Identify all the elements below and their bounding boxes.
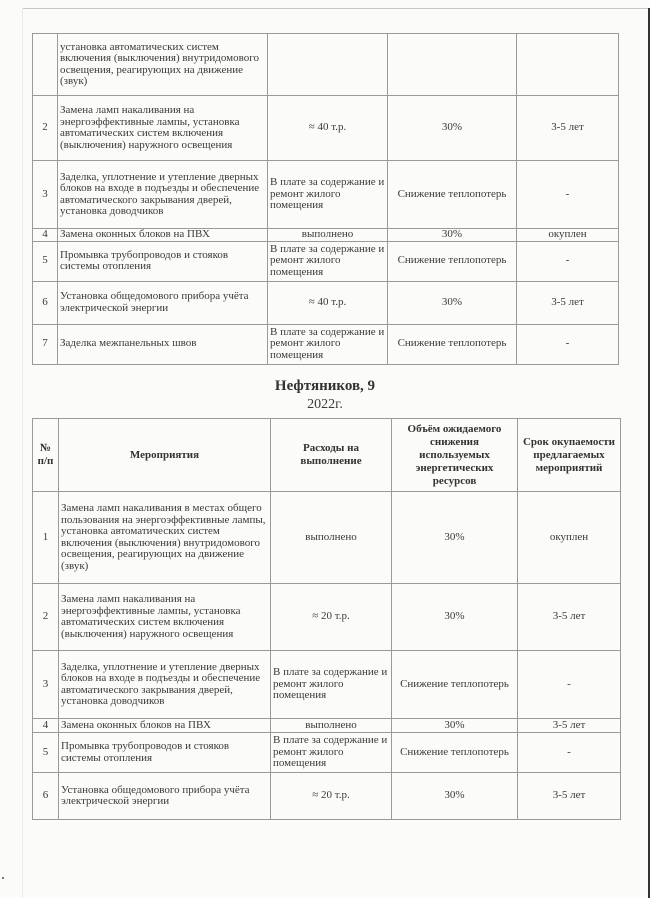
measure-cell: Промывка трубопроводов и стояков системы… bbox=[59, 733, 271, 773]
payback-cell: - bbox=[517, 324, 619, 364]
measure-cell: Замена оконных блоков на ПВХ bbox=[59, 719, 271, 733]
reduction-cell: 30% bbox=[392, 773, 518, 820]
measures-table-neftyanikov-9: № п/п Мероприятия Расходы на выполнение … bbox=[32, 418, 621, 820]
reduction-cell: Снижение теплопотерь bbox=[388, 324, 517, 364]
payback-cell: - bbox=[518, 651, 621, 719]
reduction-cell: 30% bbox=[392, 584, 518, 651]
measure-cell: Замена ламп накаливания в местах общего … bbox=[59, 492, 271, 584]
reduction-cell: Снижение теплопотерь bbox=[388, 241, 517, 281]
year-heading: 2022г. bbox=[0, 397, 650, 413]
measure-cell: Замена ламп накаливания на энергоэффекти… bbox=[59, 584, 271, 651]
measure-cell: Заделка, уплотнение и утепление дверных … bbox=[59, 651, 271, 719]
reduction-cell: Снижение теплопотерь bbox=[388, 161, 517, 229]
table-row: 5Промывка трубопроводов и стояков систем… bbox=[33, 241, 619, 281]
payback-cell: окуплен bbox=[518, 492, 621, 584]
measure-cell: Заделка межпанельных швов bbox=[58, 324, 268, 364]
cost-cell: ≈ 40 т.р. bbox=[268, 281, 388, 324]
table-row: 5Промывка трубопроводов и стояков систем… bbox=[33, 733, 621, 773]
cost-cell: В плате за содержание и ремонт жилого по… bbox=[268, 161, 388, 229]
payback-cell: - bbox=[517, 161, 619, 229]
measure-cell: Заделка, уплотнение и утепление дверных … bbox=[58, 161, 268, 229]
row-number: 7 bbox=[33, 324, 58, 364]
row-number: 5 bbox=[33, 733, 59, 773]
table-row: 6Установка общедомового прибора учёта эл… bbox=[33, 773, 621, 820]
scan-edge bbox=[22, 8, 650, 9]
measure-cell: Замена ламп накаливания на энергоэффекти… bbox=[58, 96, 268, 161]
header-cost: Расходы на выполнение bbox=[271, 419, 392, 492]
cost-cell: В плате за содержание и ремонт жилого по… bbox=[271, 651, 392, 719]
table-header-row: № п/п Мероприятия Расходы на выполнение … bbox=[33, 419, 621, 492]
table-row: 3Заделка, уплотнение и утепление дверных… bbox=[33, 161, 619, 229]
table-row: установка автоматических систем включени… bbox=[33, 34, 619, 96]
measures-table-previous: установка автоматических систем включени… bbox=[32, 33, 619, 365]
row-number: 4 bbox=[33, 229, 58, 242]
address-heading: Нефтяников, 9 bbox=[0, 378, 650, 395]
measure-cell: установка автоматических систем включени… bbox=[58, 34, 268, 96]
table-row: 4Замена оконных блоков на ПВХвыполнено30… bbox=[33, 229, 619, 242]
cost-cell: выполнено bbox=[271, 492, 392, 584]
payback-cell: 3-5 лет bbox=[517, 96, 619, 161]
payback-cell: - bbox=[517, 241, 619, 281]
reduction-cell: Снижение теплопотерь bbox=[392, 733, 518, 773]
reduction-cell bbox=[388, 34, 517, 96]
cost-cell: В плате за содержание и ремонт жилого по… bbox=[268, 241, 388, 281]
reduction-cell: 30% bbox=[388, 229, 517, 242]
cost-cell bbox=[268, 34, 388, 96]
table-row: 3Заделка, уплотнение и утепление дверных… bbox=[33, 651, 621, 719]
reduction-cell: Снижение теплопотерь bbox=[392, 651, 518, 719]
measure-cell: Установка общедомового прибора учёта эле… bbox=[58, 281, 268, 324]
row-number: 3 bbox=[33, 651, 59, 719]
row-number: 3 bbox=[33, 161, 58, 229]
header-measure: Мероприятия bbox=[59, 419, 271, 492]
row-number: 2 bbox=[33, 584, 59, 651]
table-row: 1Замена ламп накаливания в местах общего… bbox=[33, 492, 621, 584]
reduction-cell: 30% bbox=[392, 719, 518, 733]
measure-cell: Установка общедомового прибора учёта эле… bbox=[59, 773, 271, 820]
table-row: 6Установка общедомового прибора учёта эл… bbox=[33, 281, 619, 324]
cost-cell: В плате за содержание и ремонт жилого по… bbox=[271, 733, 392, 773]
scan-left-edge bbox=[22, 8, 23, 898]
row-number bbox=[33, 34, 58, 96]
table-row: 2Замена ламп накаливания на энергоэффект… bbox=[33, 584, 621, 651]
table2-body: 1Замена ламп накаливания в местах общего… bbox=[33, 492, 621, 820]
cost-cell: выполнено bbox=[271, 719, 392, 733]
cost-cell: выполнено bbox=[268, 229, 388, 242]
header-reduction: Объём ожидаемого снижения используемых э… bbox=[392, 419, 518, 492]
reduction-cell: 30% bbox=[388, 96, 517, 161]
header-payback: Срок окупаемости предлагаемых мероприяти… bbox=[518, 419, 621, 492]
cost-cell: ≈ 20 т.р. bbox=[271, 584, 392, 651]
cost-cell: ≈ 20 т.р. bbox=[271, 773, 392, 820]
reduction-cell: 30% bbox=[392, 492, 518, 584]
table-row: 7Заделка межпанельных швовВ плате за сод… bbox=[33, 324, 619, 364]
row-number: 4 bbox=[33, 719, 59, 733]
scan-speck bbox=[2, 877, 4, 879]
measure-cell: Замена оконных блоков на ПВХ bbox=[58, 229, 268, 242]
table1-body: установка автоматических систем включени… bbox=[33, 34, 619, 365]
row-number: 6 bbox=[33, 281, 58, 324]
payback-cell bbox=[517, 34, 619, 96]
cost-cell: ≈ 40 т.р. bbox=[268, 96, 388, 161]
table-row: 4Замена оконных блоков на ПВХвыполнено30… bbox=[33, 719, 621, 733]
payback-cell: окуплен bbox=[517, 229, 619, 242]
header-num: № п/п bbox=[33, 419, 59, 492]
payback-cell: 3-5 лет bbox=[518, 719, 621, 733]
row-number: 5 bbox=[33, 241, 58, 281]
row-number: 1 bbox=[33, 492, 59, 584]
payback-cell: 3-5 лет bbox=[518, 584, 621, 651]
payback-cell: 3-5 лет bbox=[518, 773, 621, 820]
table-row: 2Замена ламп накаливания на энергоэффект… bbox=[33, 96, 619, 161]
row-number: 6 bbox=[33, 773, 59, 820]
payback-cell: - bbox=[518, 733, 621, 773]
reduction-cell: 30% bbox=[388, 281, 517, 324]
row-number: 2 bbox=[33, 96, 58, 161]
measure-cell: Промывка трубопроводов и стояков системы… bbox=[58, 241, 268, 281]
cost-cell: В плате за содержание и ремонт жилого по… bbox=[268, 324, 388, 364]
payback-cell: 3-5 лет bbox=[517, 281, 619, 324]
